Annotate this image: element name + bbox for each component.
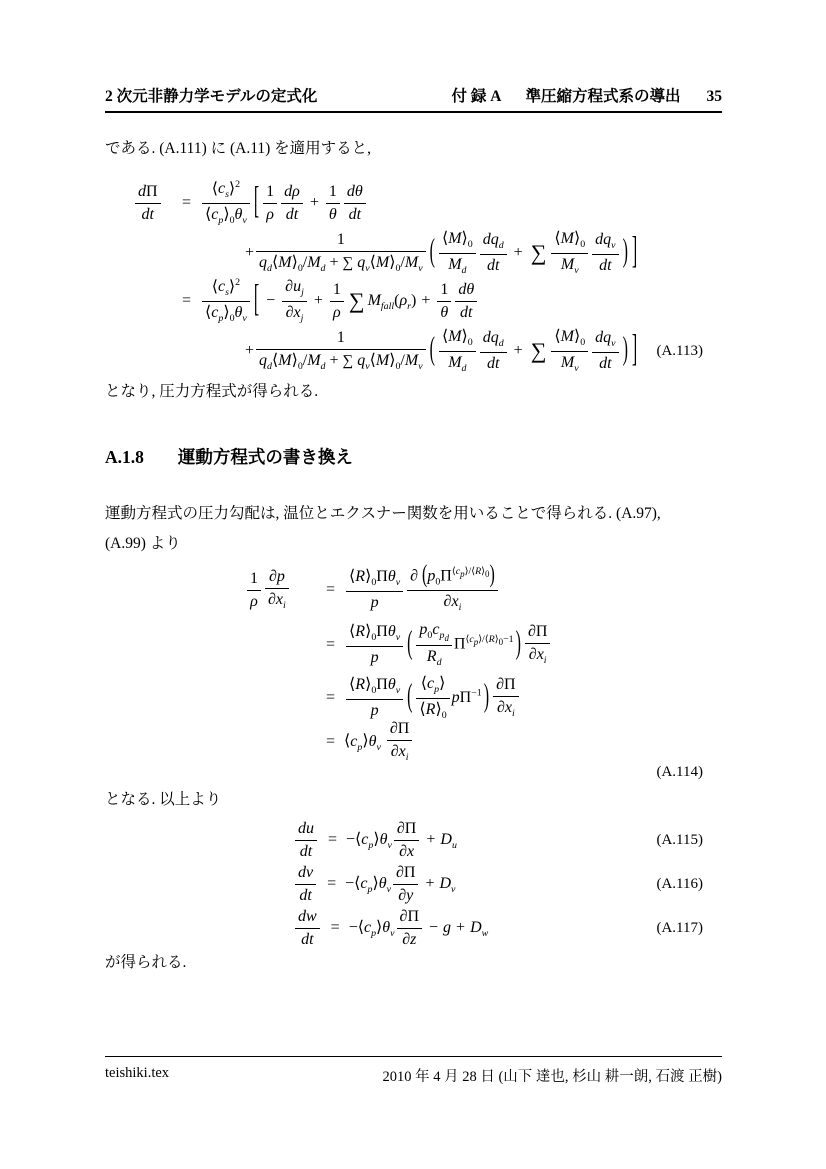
equation-a113: dΠdt=⟨cs⟩2⟨cp⟩0θv[1ρdρdt+1θdθdt +1qd⟨M⟩0… (133, 178, 703, 378)
equation-label-a113: (A.113) (656, 343, 703, 360)
page-header: 2 次元非静力学モデルの定式化 付 録 A 準圧縮方程式系の導出 35 (105, 84, 722, 113)
footer-filename: teishiki.tex (105, 1065, 169, 1086)
equation-a116: dvdt=−⟨cp⟩θv∂Π∂y+Dv (A.116) (293, 862, 703, 906)
paragraph-body-line-1: 運動方程式の圧力勾配は, 温位とエクスナー関数を用いることで得られる. (A.9… (105, 499, 725, 529)
math-line: =⟨cs⟩2⟨cp⟩0θv[−∂uj∂xj+1ρ∑Mfall(ρr)+1θdθd… (133, 276, 479, 326)
equation-label-a116: (A.116) (656, 876, 703, 893)
header-appendix-label: 付 録 A (452, 84, 502, 106)
paragraph-after-a113: となり, 圧力方程式が得られる. (105, 380, 745, 404)
equation-label-a114: (A.114) (656, 764, 703, 781)
equation-a113-line-3: =⟨cs⟩2⟨cp⟩0θv[−∂uj∂xj+1ρ∑Mfall(ρr)+1θdθd… (133, 278, 703, 324)
section-title: 運動方程式の書き換え (178, 447, 353, 467)
math-line: 1ρ∂p∂xi=⟨R⟩0Πθvp∂ (p0Π⟨cp⟩/⟨R⟩0)∂xi (245, 565, 500, 615)
paragraph-intro: である. (A.111) に (A.11) を適用すると, (105, 137, 745, 161)
equation-a114-line-1: 1ρ∂p∂xi=⟨R⟩0Πθvp∂ (p0Π⟨cp⟩/⟨R⟩0)∂xi (245, 563, 703, 617)
header-appendix-title: 準圧縮方程式系の導出 (525, 84, 680, 106)
page-footer: teishiki.tex 2010 年 4 月 28 日 (山下 達也, 杉山 … (105, 1056, 722, 1086)
equation-label-a117: (A.117) (656, 920, 703, 937)
page-number: 35 (707, 88, 723, 106)
paragraph-after-a114: となる. 以上より (105, 788, 745, 812)
paragraph-body-line-2: (A.99) より (105, 529, 725, 559)
footer-date-authors: 2010 年 4 月 28 日 (山下 達也, 杉山 耕一朗, 石渡 正樹) (382, 1065, 722, 1086)
equation-a113-line-4: +1qd⟨M⟩0/Md + ∑ qv⟨M⟩0/Mv(⟨M⟩0Mddqddt+∑⟨… (133, 324, 703, 378)
math-line: =⟨R⟩0Πθvp(p0cpdRdΠ⟨cp⟩/⟨R⟩0−1)∂Π∂xi (245, 619, 552, 671)
header-appendix-group: 付 録 A 準圧縮方程式系の導出 (452, 84, 681, 106)
equation-a113-line-1: dΠdt=⟨cs⟩2⟨cp⟩0θv[1ρdρdt+1θdθdt (133, 178, 703, 228)
equation-a114-line-2: =⟨R⟩0Πθvp(p0cpdRdΠ⟨cp⟩/⟨R⟩0−1)∂Π∂xi (245, 617, 703, 673)
equation-block-a115-a117: dudt=−⟨cp⟩θv∂Π∂x+Du (A.115) dvdt=−⟨cp⟩θv… (293, 818, 703, 950)
document-page: 2 次元非静力学モデルの定式化 付 録 A 準圧縮方程式系の導出 35 である.… (0, 0, 826, 1169)
equation-a115: dudt=−⟨cp⟩θv∂Π∂x+Du (A.115) (293, 818, 703, 862)
equation-a114-line-3: =⟨R⟩0Πθvp(⟨cp⟩⟨R⟩0pΠ−1)∂Π∂xi (245, 673, 703, 723)
math-line: =⟨R⟩0Πθvp(⟨cp⟩⟨R⟩0pΠ−1)∂Π∂xi (245, 673, 521, 723)
math-line: +1qd⟨M⟩0/Md + ∑ qv⟨M⟩0/Mv(⟨M⟩0Mddqddt+∑⟨… (245, 326, 639, 376)
section-number: A.1.8 (105, 447, 144, 467)
equation-a117: dwdt=−⟨cp⟩θv∂Π∂z−g+Dw (A.117) (293, 906, 703, 950)
section-heading: A.1.8 運動方程式の書き換え (105, 444, 353, 469)
equation-a114-line-4: =⟨cp⟩θv ∂Π∂xi (245, 723, 703, 761)
equation-label-a115: (A.115) (656, 832, 703, 849)
paragraph-body: 運動方程式の圧力勾配は, 温位とエクスナー関数を用いることで得られる. (A.9… (105, 499, 725, 559)
math-line: dvdt=−⟨cp⟩θv∂Π∂y+Dv (293, 862, 455, 907)
math-line: +1qd⟨M⟩0/Md + ∑ qv⟨M⟩0/Mv(⟨M⟩0Mddqddt+∑⟨… (245, 228, 639, 278)
math-line: dwdt=−⟨cp⟩θv∂Π∂z−g+Dw (293, 906, 488, 951)
equation-a113-line-2: +1qd⟨M⟩0/Md + ∑ qv⟨M⟩0/Mv(⟨M⟩0Mddqddt+∑⟨… (133, 228, 703, 278)
math-line: dΠdt=⟨cs⟩2⟨cp⟩0θv[1ρdρdt+1θdθdt (133, 178, 368, 228)
equation-a114: 1ρ∂p∂xi=⟨R⟩0Πθvp∂ (p0Π⟨cp⟩/⟨R⟩0)∂xi =⟨R⟩… (245, 563, 703, 783)
header-chapter-title: 2 次元非静力学モデルの定式化 (105, 84, 317, 106)
paragraph-outro: が得られる. (105, 951, 745, 975)
math-line: =⟨cp⟩θv ∂Π∂xi (245, 718, 414, 766)
math-line: dudt=−⟨cp⟩θv∂Π∂x+Du (293, 818, 457, 863)
